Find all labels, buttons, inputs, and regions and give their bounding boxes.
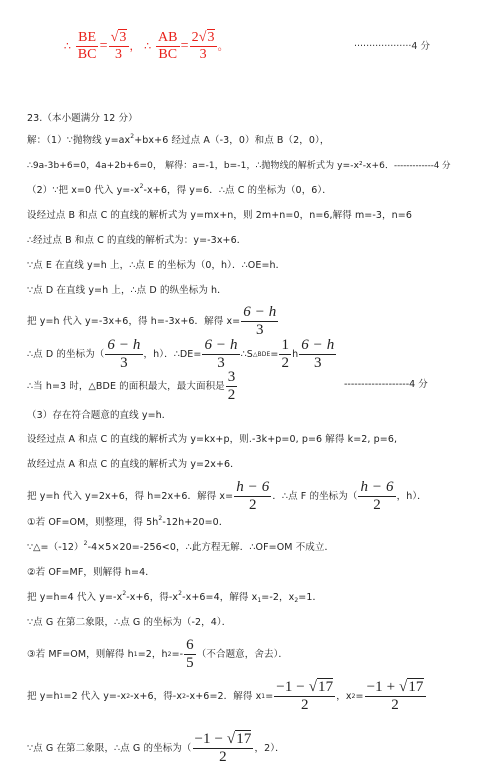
fraction: 3 2: [226, 370, 238, 403]
part2-line7: ∴点 D 的坐标为（ 6 − h 3 ，h）．∴DE= 6 − h 3 ∴S△B…: [27, 338, 337, 371]
ratio-conclusion-line: ∴ BE BC = √3 3 ， ∴ AB BC = 2√3 3 。: [64, 31, 229, 62]
part1-line2: ∴9a-3b+6=0，4a+2b+6=0， 解得：a=-1，b=-1，∴抛物线的…: [27, 160, 394, 172]
part3-line7: ②若 OF=MF，则解得 h=4．: [27, 567, 155, 579]
part3-line6: ∵△=（-12）2-4×5×20=-256<0，∴此方程无解．∴OF=OM 不成…: [27, 542, 334, 554]
part3-line1: （3）存在符合题意的直线 y=h．: [27, 410, 171, 422]
part2-line2: 设经过点 B 和点 C 的直线的解析式为 y=mx+n，则 2m+n=0，n=6…: [27, 210, 412, 222]
part3-line12: ∵点 G 在第二象限，∴点 G 的坐标为（ −1 − √17 2 ，2）．: [27, 732, 285, 765]
fraction-2sqrt3-over-3: 2√3 3: [190, 31, 217, 62]
fraction: h − 6 2: [234, 480, 271, 513]
fraction: −1 − √17 2: [274, 680, 335, 713]
fraction: h − 6 2: [358, 480, 395, 513]
fraction: 6 − h 3: [299, 338, 336, 371]
fraction: 6 − h 3: [105, 338, 142, 371]
part2-line4: ∵点 E 在直线 y=h 上，∴点 E 的坐标为（0，h）．∴OE=h．: [27, 260, 285, 272]
part3-line9: ∵点 G 在第二象限，∴点 G 的坐标为（-2，4）．: [27, 617, 231, 629]
part3-line4: 把 y=h 代入 y=2x+6，得 h=2x+6．解得 x= h − 6 2 ．…: [27, 480, 427, 513]
fraction: −1 − √17 2: [193, 732, 254, 765]
fraction: −1 + √17 2: [365, 680, 426, 713]
part1-line1: 解：（1）∵抛物线 y=ax2+bx+6 经过点 A（-3，0）和点 B（2，0…: [27, 135, 329, 147]
score-marker-4: -------------------4 分: [344, 379, 428, 391]
score-marker-4: -------------4 分: [394, 160, 450, 172]
part2-line8: ∴当 h=3 时，△BDE 的面积最大，最大面积是 3 2: [27, 370, 238, 403]
fraction-sqrt3-over-3: √3 3: [109, 31, 129, 62]
part3-line8: 把 y=h=4 代入 y=-x2-x+6，得-x2-x+6=4，解得 x1=-2…: [27, 592, 322, 604]
fraction: 6 5: [184, 638, 196, 671]
fraction-ab-bc: AB BC: [156, 31, 180, 62]
part2-line5: ∵点 D 在直线 y=h 上，∴点 D 的纵坐标为 h．: [27, 285, 227, 297]
fraction-be-bc: BE BC: [76, 31, 99, 62]
part2-line3: ∴经过点 B 和点 C 的直线的解析式为：y=-3x+6．: [27, 235, 246, 247]
part3-line3: 故经过点 A 和点 C 的直线的解析式为 y=2x+6．: [27, 459, 240, 471]
part2-line6: 把 y=h 代入 y=-3x+6，得 h=-3x+6．解得 x= 6 − h 3: [27, 305, 279, 338]
fraction: 6 − h 3: [241, 305, 278, 338]
fraction: 1 2: [279, 338, 291, 371]
fraction: 6 − h 3: [202, 338, 239, 371]
therefore-symbol: ∴: [64, 40, 71, 53]
part3-line5: ①若 OF=OM，则整理，得 5h2-12h+20=0．: [27, 517, 228, 529]
score-marker-4: ···················4 分: [354, 41, 430, 53]
question-title: 23.（本小题满分 12 分）: [27, 113, 138, 125]
part3-line2: 设经过点 A 和点 C 的直线的解析式为 y=kx+p，则.-3k+p=0, p…: [27, 434, 397, 446]
part2-line1: （2）∵把 x=0 代入 y=-x2-x+6，得 y=6．∴点 C 的坐标为（0…: [27, 185, 332, 197]
therefore-symbol: ∴: [144, 40, 151, 53]
part3-line10: ③若 MF=OM，则解得 h1=2，h2=- 6 5 （不合题意，舍去）．: [27, 638, 288, 671]
part3-line11: 把 y=h1=2 代入 y=-x2-x+6，得-x2-x+6=2．解得 x1= …: [27, 680, 427, 713]
